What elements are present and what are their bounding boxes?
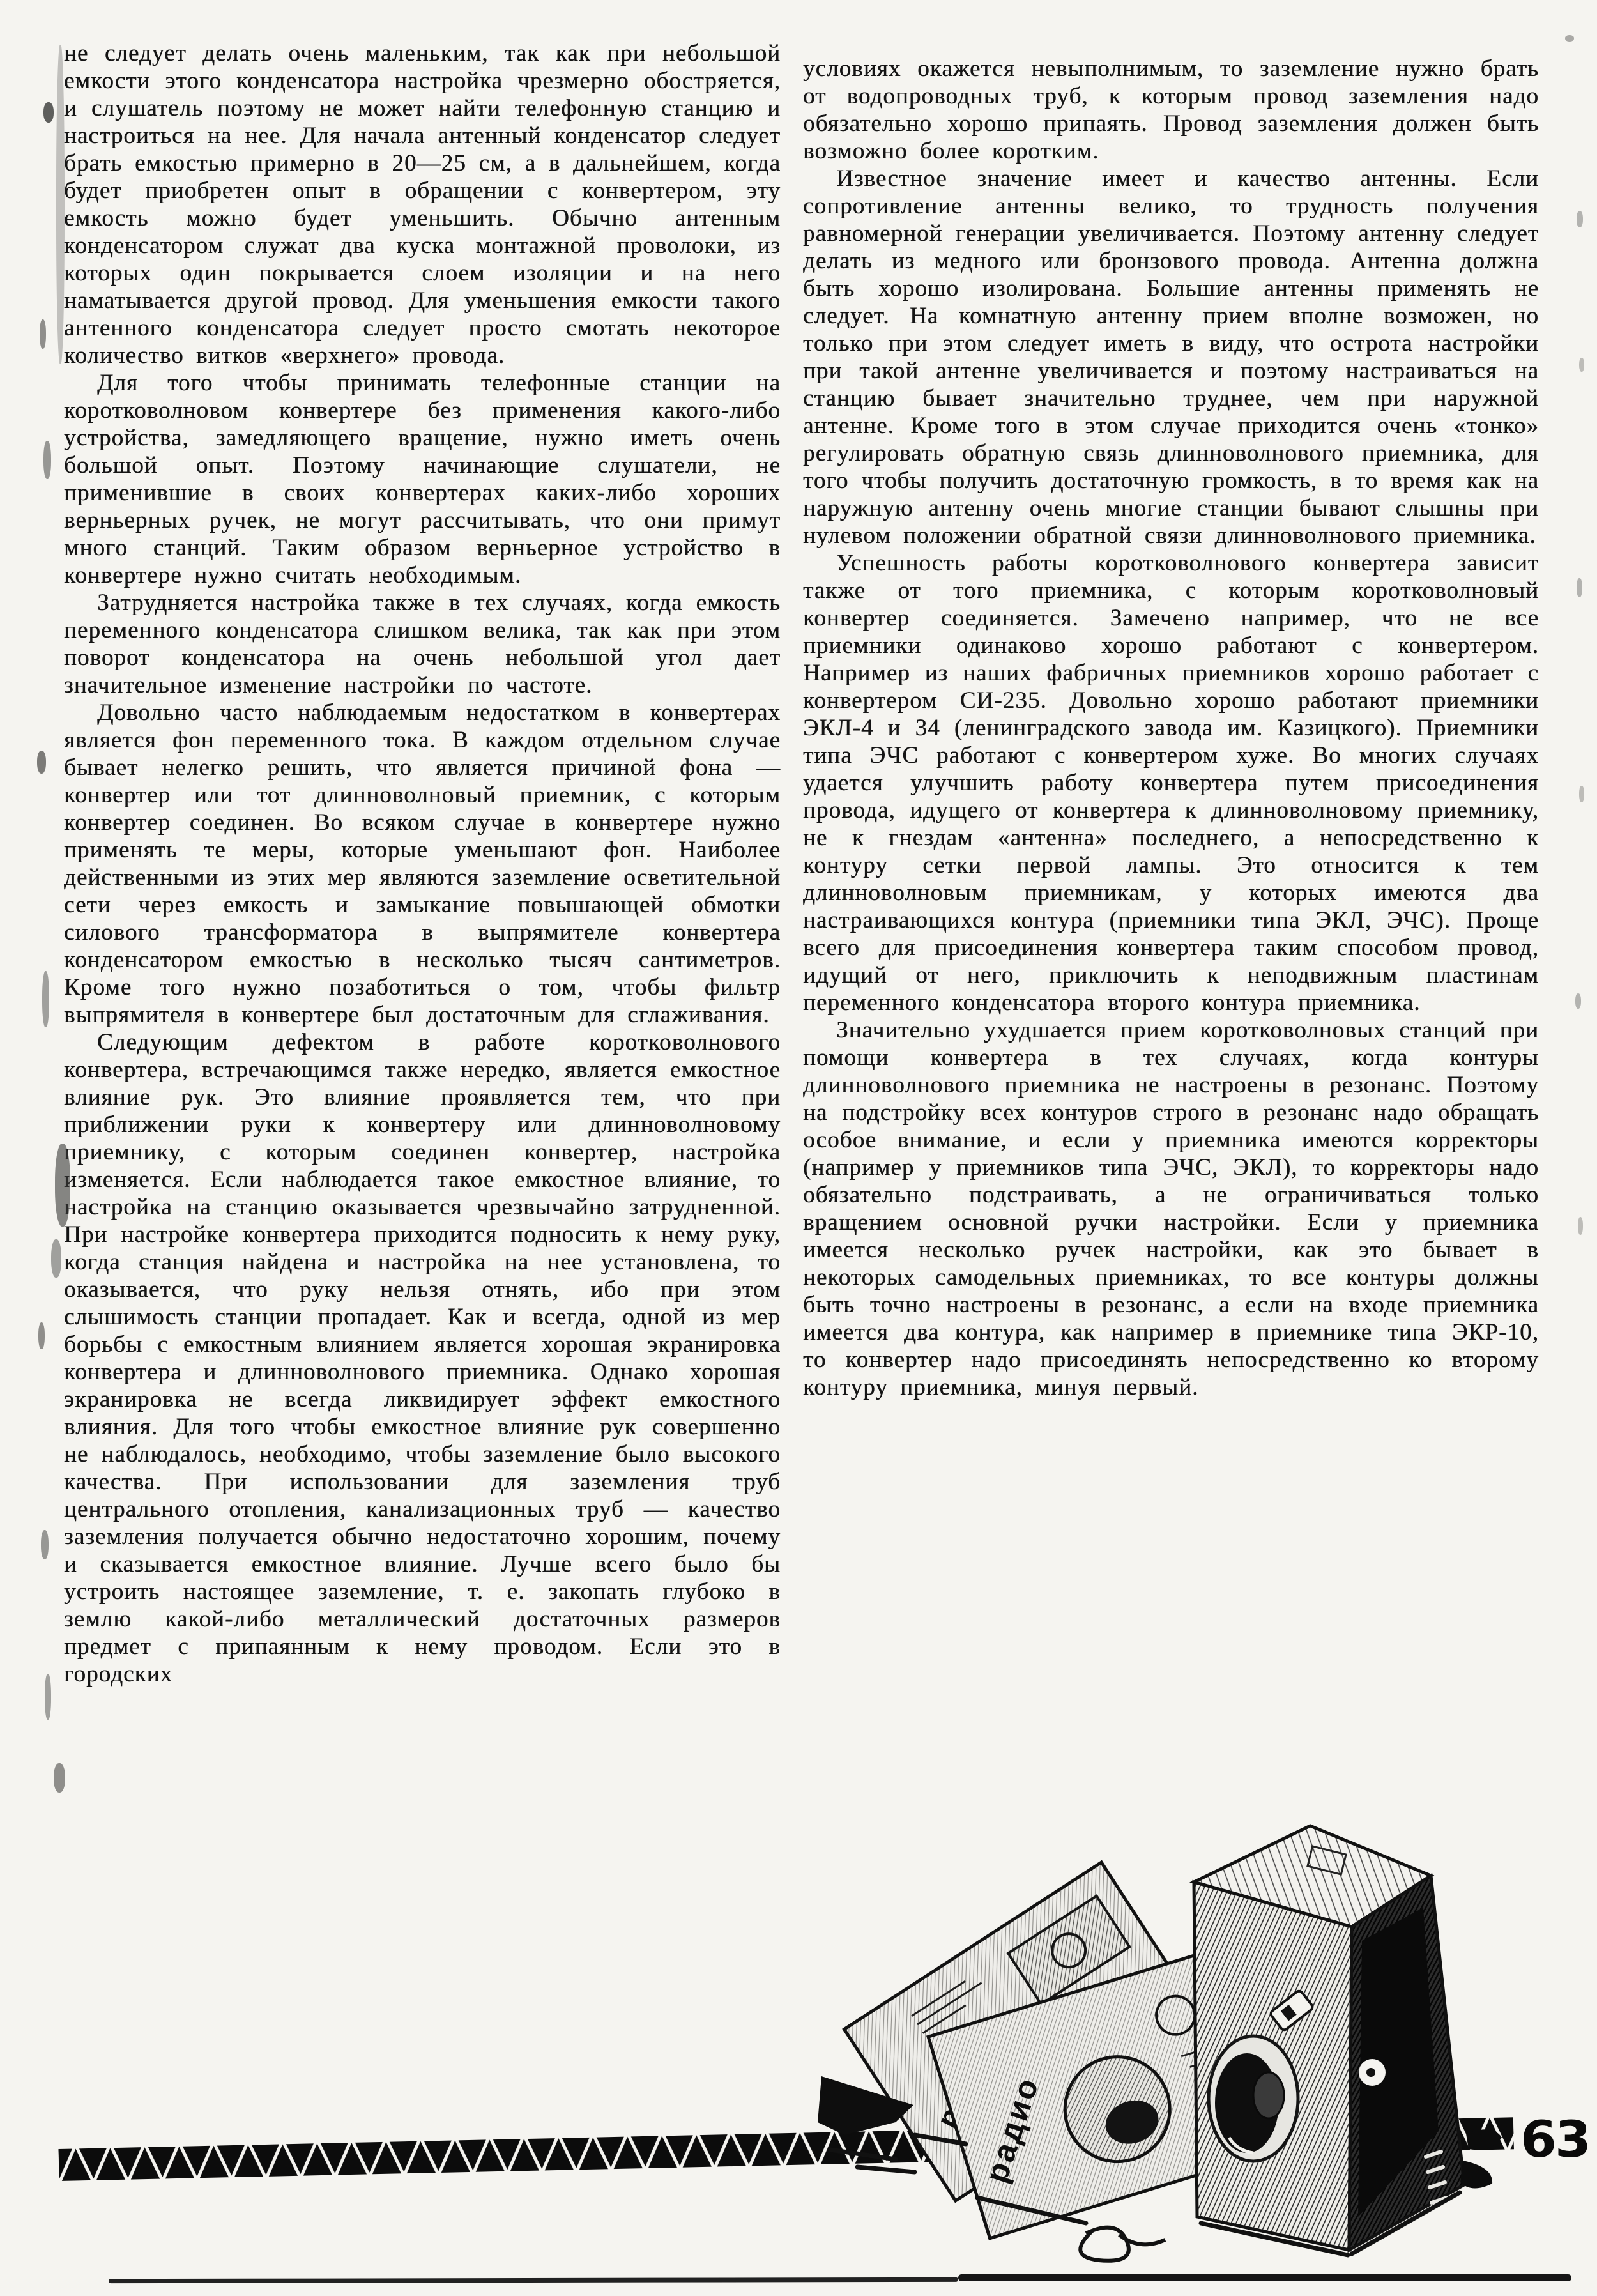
scan-artifact: [55, 1144, 70, 1227]
scan-artifact: [38, 1322, 45, 1349]
scan-artifact: [1575, 993, 1581, 1009]
paragraph: Значительно ухудшается прием коротковолн…: [803, 1016, 1539, 1401]
scan-artifact: [1578, 1217, 1583, 1235]
scan-artifact: [43, 102, 54, 123]
scan-artifact: [1577, 211, 1583, 227]
scan-artifact: [54, 1763, 65, 1793]
cabinet-box: [1194, 1826, 1464, 2250]
paragraph: Довольно часто наблюдаемым недостатком в…: [64, 699, 781, 1029]
scan-artifact: [1579, 358, 1584, 372]
paragraph: Затрудняется настройка также в тех случа…: [64, 589, 781, 699]
scan-artifact: [1577, 578, 1582, 597]
scan-artifact: [1565, 35, 1574, 42]
scan-artifact: [41, 1530, 49, 1559]
tuning-knob: [1209, 2036, 1298, 2161]
radio-cabinet-illustration: радио радио: [818, 1776, 1597, 2287]
scan-artifact: [37, 751, 46, 774]
scan-artifact: [40, 319, 46, 349]
scan-artifact: [51, 1239, 61, 1278]
paragraph: не следует делать очень маленьким, так к…: [64, 40, 781, 369]
paragraph: Известное значение имеет и качество анте…: [803, 165, 1539, 549]
scan-artifact: [43, 441, 51, 479]
magazine-page: не следует делать очень маленьким, так к…: [0, 0, 1597, 2296]
text-column-right: условиях окажется невыполнимым, то зазем…: [803, 55, 1539, 1401]
scan-artifact: [42, 971, 49, 1027]
paragraph: Для того чтобы принимать телефонные стан…: [64, 369, 781, 589]
scan-artifact: [1579, 786, 1584, 802]
cable-squiggle: [1080, 2228, 1165, 2261]
scan-artifact: [45, 1674, 51, 1720]
mounting-lugs: [1460, 2129, 1502, 2188]
paragraph: Следующим дефектом в работе коротковолно…: [64, 1029, 781, 1688]
page-number: 63: [1520, 2111, 1589, 2169]
paragraph: условиях окажется невыполнимым, то зазем…: [803, 55, 1539, 165]
paragraph: Успешность работы коротковолнового конве…: [803, 549, 1539, 1016]
text-column-left: не следует делать очень маленьким, так к…: [64, 40, 781, 1688]
scan-artifact: [56, 45, 65, 364]
